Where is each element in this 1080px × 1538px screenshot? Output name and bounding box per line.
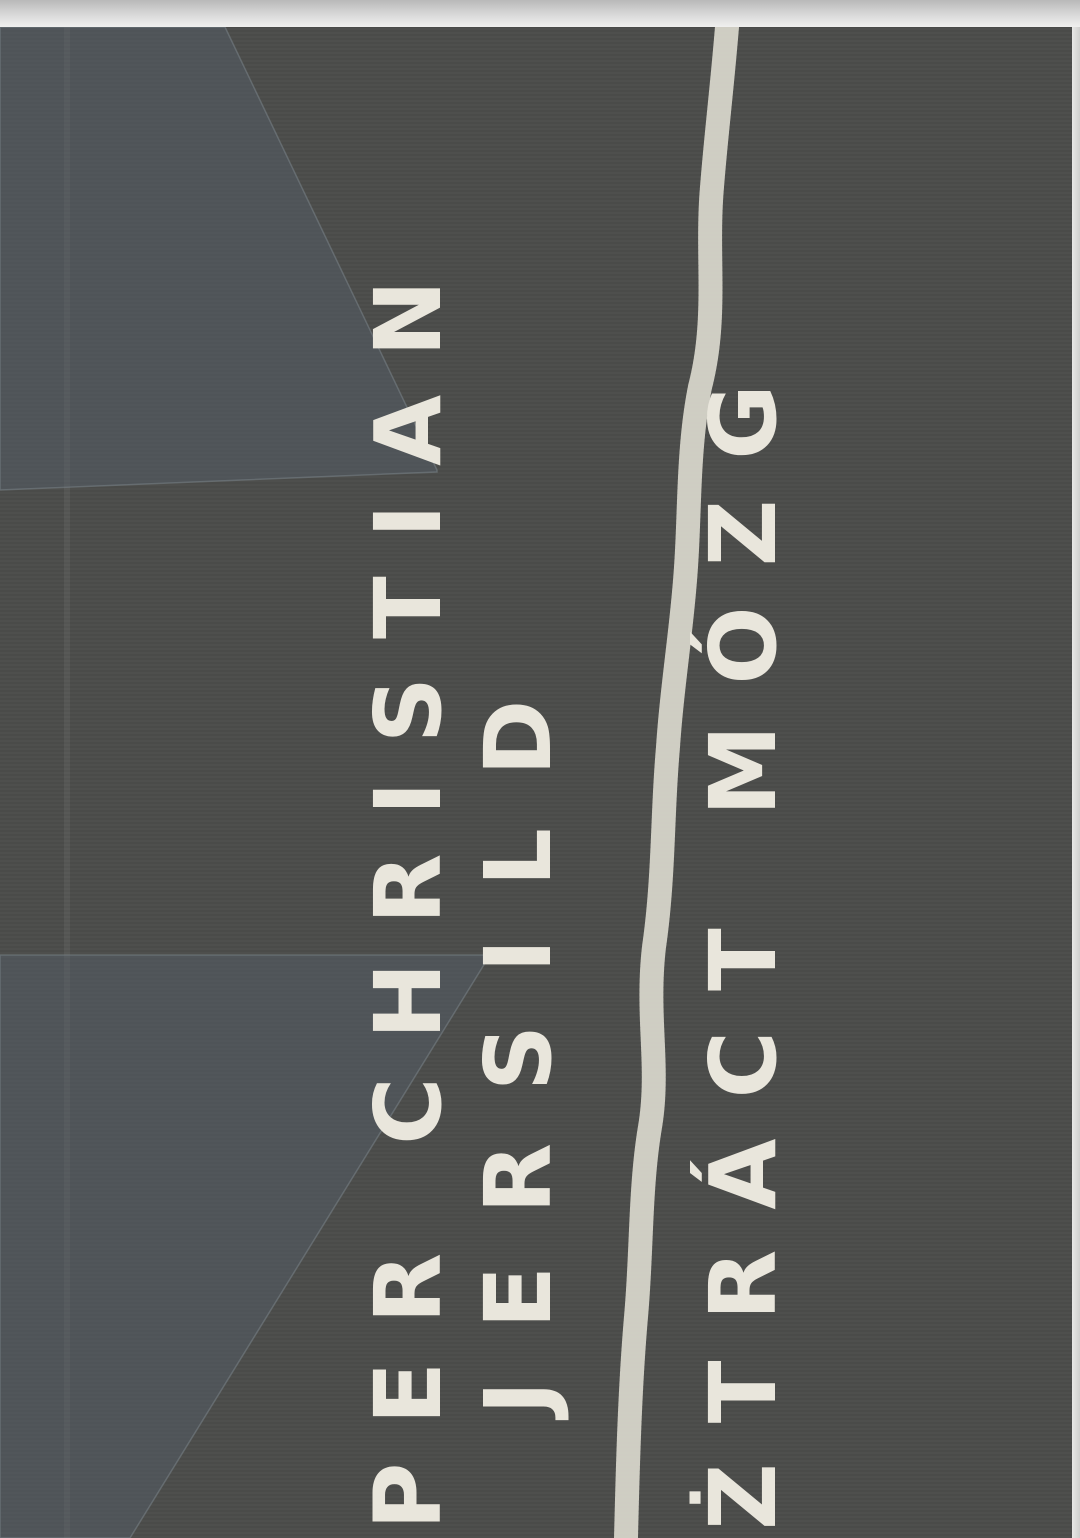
cover-right-edge (1072, 27, 1080, 1538)
author-first-name: PER CHRISTIAN (355, 242, 462, 1530)
book-title: ŻTRÁCT MÓZG (690, 344, 797, 1530)
book-cover: PER CHRISTIAN JERSILD ŻTRÁCT MÓZG (0, 27, 1072, 1538)
plastic-sleeve-edge (0, 0, 1080, 27)
author-last-name: JERSILD (465, 648, 572, 1415)
